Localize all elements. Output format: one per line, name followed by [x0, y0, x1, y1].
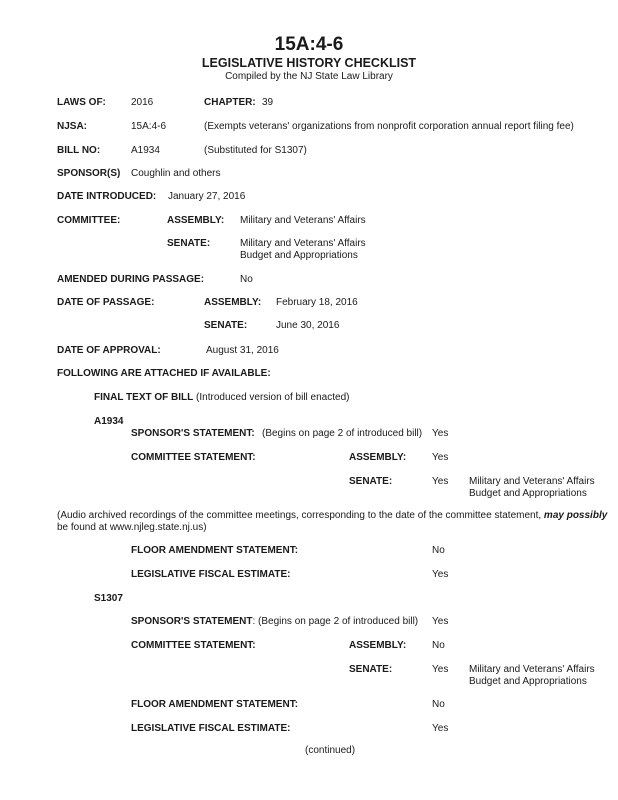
- passage-assembly-label: ASSEMBLY:: [204, 297, 261, 308]
- s1307-assembly-value: No: [432, 640, 445, 651]
- compiled-by: Compiled by the NJ State Law Library: [0, 71, 618, 82]
- date-of-approval-label: DATE OF APPROVAL:: [57, 345, 161, 356]
- s1307-senate-label: SENATE:: [349, 664, 392, 675]
- bill-id-s1307: S1307: [94, 593, 123, 604]
- committee-label: COMMITTEE:: [57, 215, 120, 226]
- s1307-senate-committee-1: Military and Veterans' Affairs: [469, 664, 595, 675]
- s1307-committee-statement-label: COMMITTEE STATEMENT:: [131, 640, 256, 651]
- chapter-value: 39: [262, 97, 273, 108]
- committee-senate-value-1: Military and Veterans' Affairs: [240, 238, 366, 249]
- a1934-senate-value: Yes: [432, 476, 448, 487]
- a1934-committee-statement-label: COMMITTEE STATEMENT:: [131, 452, 256, 463]
- s1307-senate-value: Yes: [432, 664, 448, 675]
- s1307-fiscal-estimate-value: Yes: [432, 723, 448, 734]
- a1934-assembly-label: ASSEMBLY:: [349, 452, 406, 463]
- document-subtitle: LEGISLATIVE HISTORY CHECKLIST: [0, 56, 618, 70]
- s1307-sponsor-statement-value: Yes: [432, 616, 448, 627]
- audio-note-line-2: be found at www.njleg.state.nj.us): [57, 522, 207, 533]
- laws-of-label: LAWS OF:: [57, 97, 106, 108]
- date-introduced-label: DATE INTRODUCED:: [57, 191, 156, 202]
- document-title: 15A:4-6: [0, 34, 618, 56]
- s1307-floor-amendment-value: No: [432, 699, 445, 710]
- s1307-assembly-label: ASSEMBLY:: [349, 640, 406, 651]
- passage-assembly-value: February 18, 2016: [276, 297, 358, 308]
- a1934-senate-committee-1: Military and Veterans' Affairs: [469, 476, 595, 487]
- bill-no-label: BILL NO:: [57, 145, 100, 156]
- committee-senate-value-2: Budget and Appropriations: [240, 250, 358, 261]
- s1307-sponsor-statement-row: SPONSOR'S STATEMENT: (Begins on page 2 o…: [131, 616, 418, 627]
- audio-note-text: (Audio archived recordings of the commit…: [57, 510, 544, 521]
- passage-senate-label: SENATE:: [204, 320, 247, 331]
- s1307-floor-amendment-label: FLOOR AMENDMENT STATEMENT:: [131, 699, 298, 710]
- bill-no-value: A1934: [131, 145, 160, 156]
- bill-id-a1934: A1934: [94, 416, 123, 427]
- a1934-assembly-value: Yes: [432, 452, 448, 463]
- committee-senate-label: SENATE:: [167, 238, 210, 249]
- final-text-row: FINAL TEXT OF BILL (Introduced version o…: [94, 392, 349, 403]
- final-text-note: (Introduced version of bill enacted): [196, 392, 349, 403]
- njsa-description: (Exempts veterans' organizations from no…: [204, 121, 574, 132]
- sponsors-label: SPONSOR(S): [57, 168, 120, 179]
- audio-note-emphasis: may possibly: [544, 510, 607, 521]
- s1307-sponsor-statement-note: : (Begins on page 2 of introduced bill): [252, 616, 418, 627]
- committee-assembly-value: Military and Veterans' Affairs: [240, 215, 366, 226]
- a1934-floor-amendment-value: No: [432, 545, 445, 556]
- sponsors-value: Coughlin and others: [131, 168, 221, 179]
- a1934-floor-amendment-label: FLOOR AMENDMENT STATEMENT:: [131, 545, 298, 556]
- amended-label: AMENDED DURING PASSAGE:: [57, 274, 204, 285]
- attached-heading: FOLLOWING ARE ATTACHED IF AVAILABLE:: [57, 368, 271, 379]
- s1307-sponsor-statement-label: SPONSOR'S STATEMENT: [131, 616, 252, 627]
- continued-note: (continued): [305, 745, 355, 756]
- committee-assembly-label: ASSEMBLY:: [167, 215, 224, 226]
- a1934-senate-label: SENATE:: [349, 476, 392, 487]
- final-text-label: FINAL TEXT OF BILL: [94, 392, 193, 403]
- a1934-fiscal-estimate-label: LEGISLATIVE FISCAL ESTIMATE:: [131, 569, 290, 580]
- date-introduced-value: January 27, 2016: [168, 191, 245, 202]
- date-of-approval-value: August 31, 2016: [206, 345, 279, 356]
- bill-no-note: (Substituted for S1307): [204, 145, 307, 156]
- audio-note-line-1: (Audio archived recordings of the commit…: [57, 510, 607, 521]
- s1307-senate-committee-2: Budget and Appropriations: [469, 676, 587, 687]
- njsa-label: NJSA:: [57, 121, 87, 132]
- a1934-sponsor-statement-label: SPONSOR'S STATEMENT:: [131, 428, 255, 439]
- a1934-senate-committee-2: Budget and Appropriations: [469, 488, 587, 499]
- a1934-fiscal-estimate-value: Yes: [432, 569, 448, 580]
- amended-value: No: [240, 274, 253, 285]
- a1934-sponsor-statement-value: Yes: [432, 428, 448, 439]
- a1934-sponsor-statement-note: (Begins on page 2 of introduced bill): [262, 428, 422, 439]
- njsa-value: 15A:4-6: [131, 121, 166, 132]
- s1307-fiscal-estimate-label: LEGISLATIVE FISCAL ESTIMATE:: [131, 723, 290, 734]
- laws-of-value: 2016: [131, 97, 153, 108]
- date-of-passage-label: DATE OF PASSAGE:: [57, 297, 154, 308]
- passage-senate-value: June 30, 2016: [276, 320, 339, 331]
- chapter-label: CHAPTER:: [204, 97, 256, 108]
